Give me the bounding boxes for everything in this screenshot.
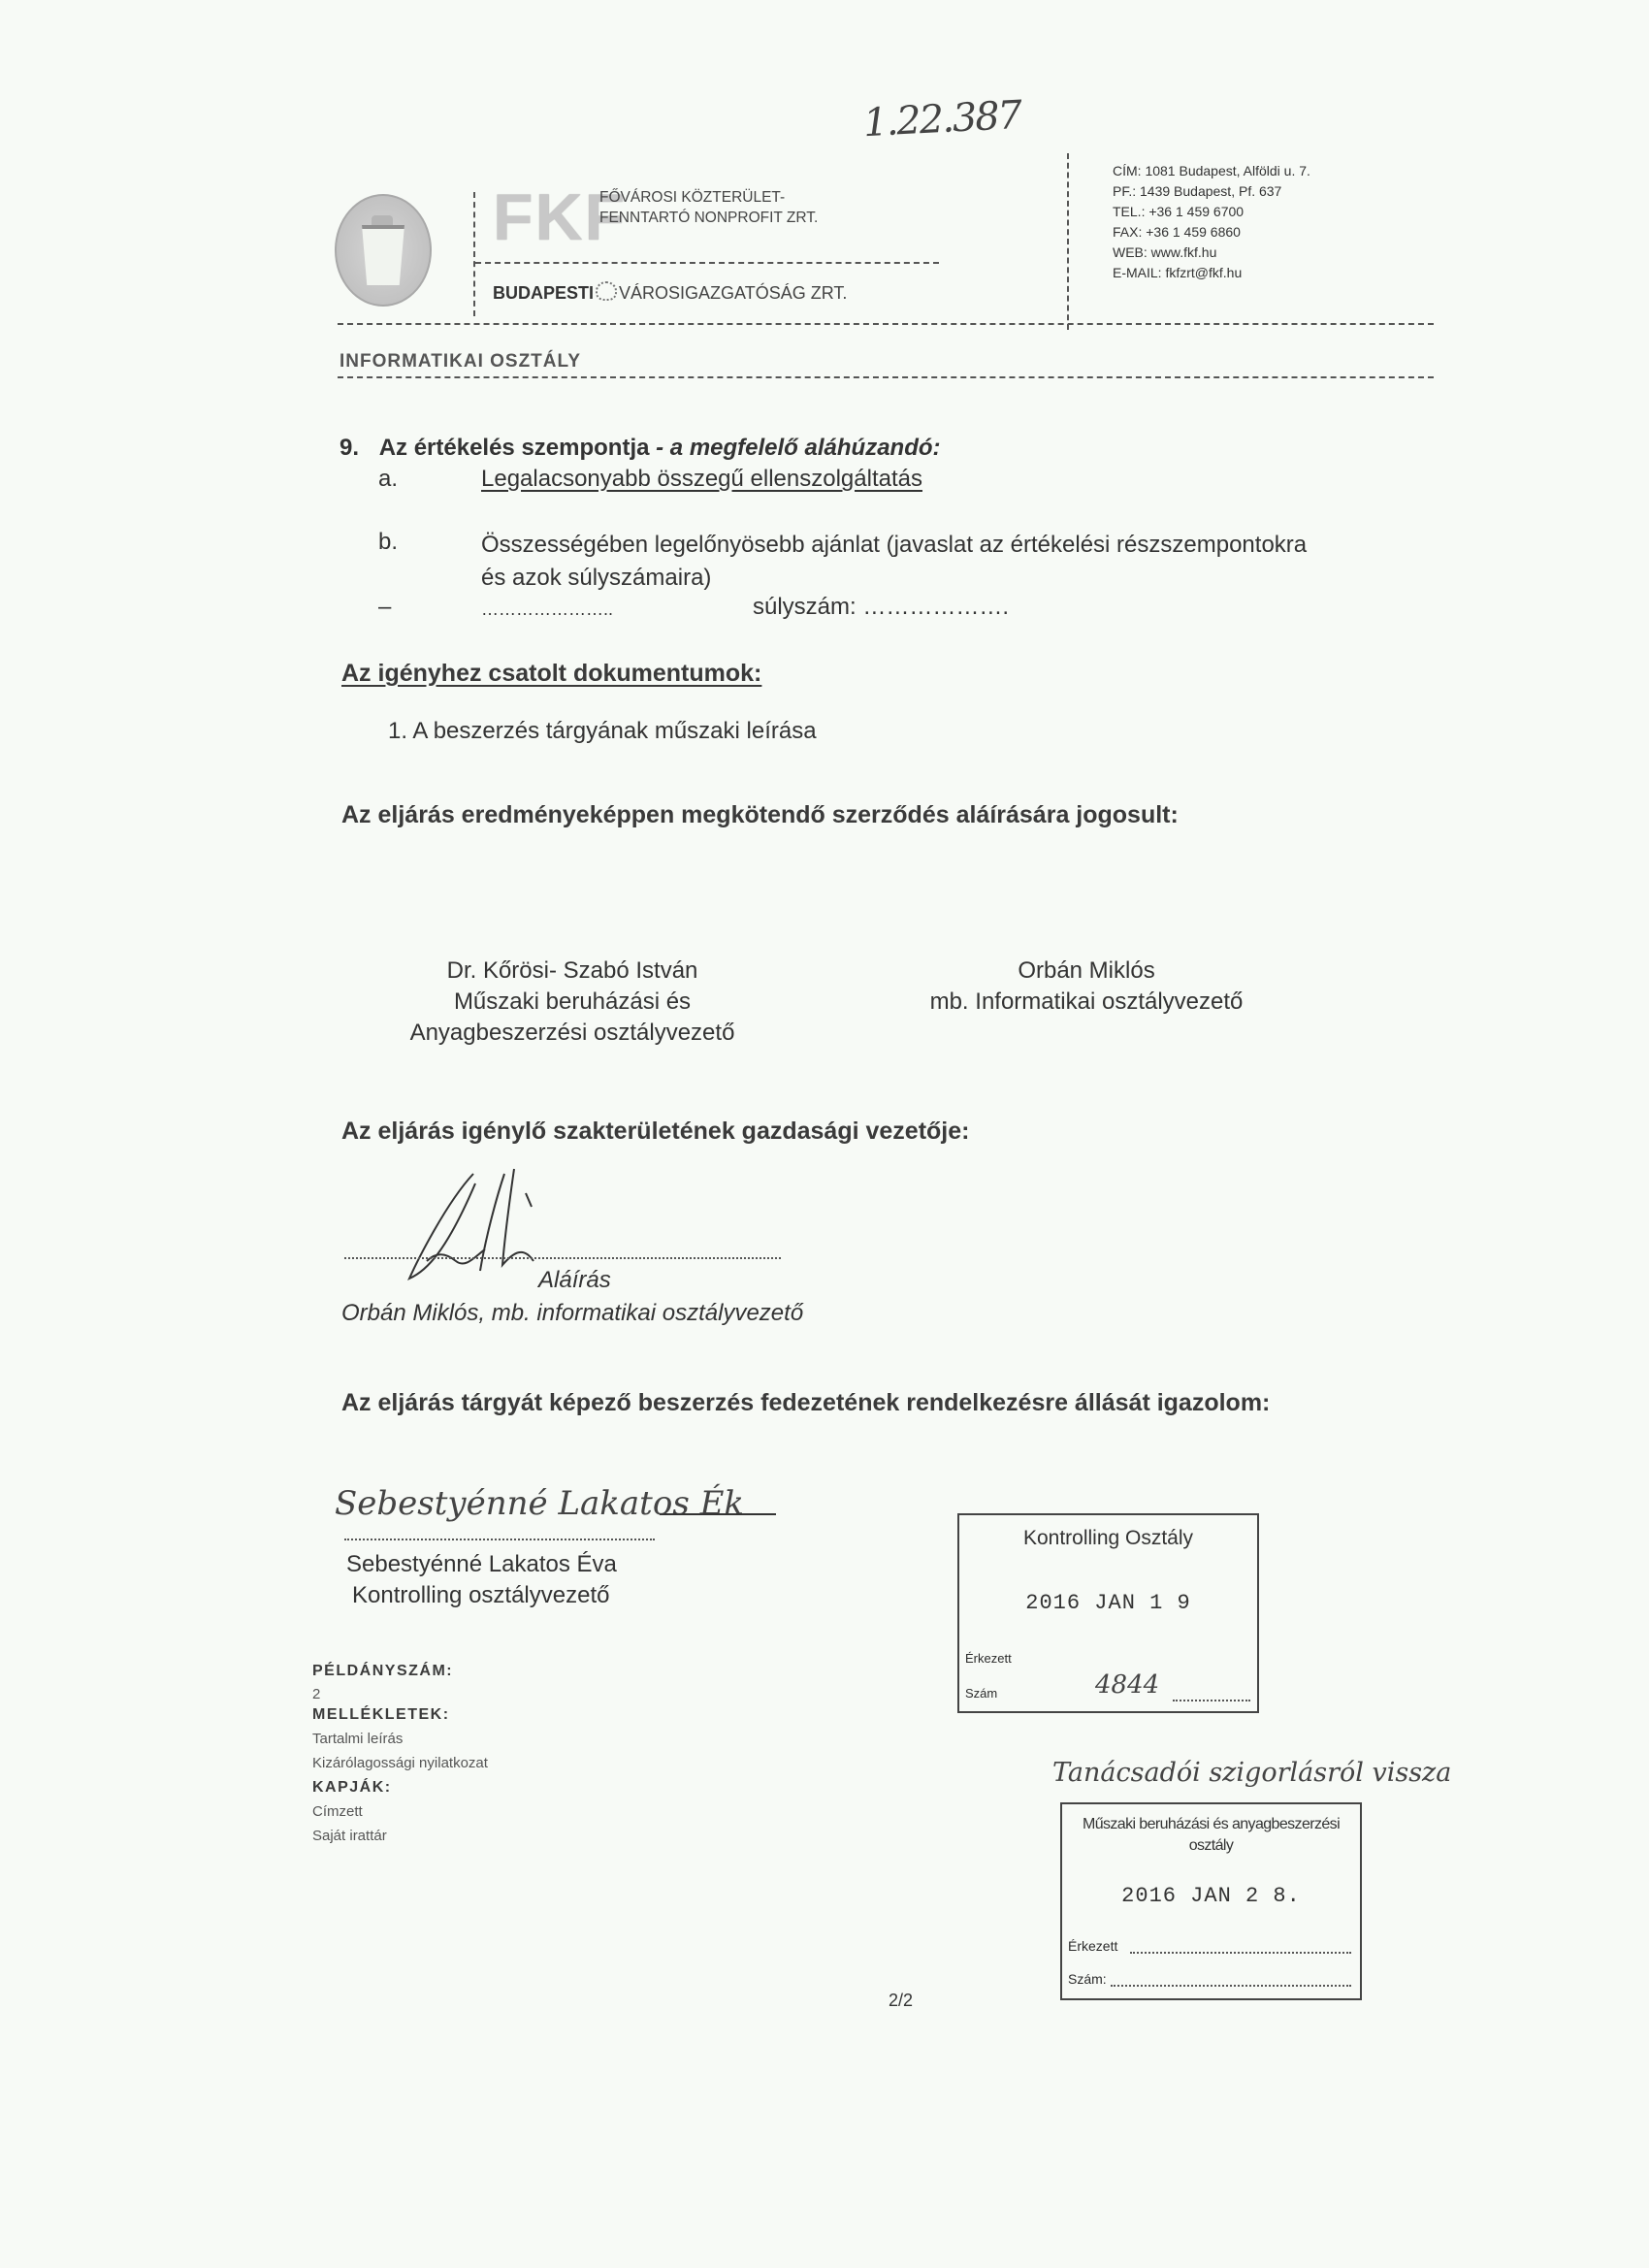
org-name-line2: FENNTARTÓ NONPROFIT ZRT. bbox=[599, 208, 818, 228]
signatory-left-title2: Anyagbeszerzési osztályvezető bbox=[369, 1018, 776, 1049]
attachments-label: MELLÉKLETEK: bbox=[312, 1702, 488, 1727]
page-number: 2/2 bbox=[889, 1991, 913, 2011]
header-divider-right bbox=[1067, 153, 1069, 330]
weight-criterion-blank: ………………….. bbox=[481, 599, 613, 620]
recipients-label: KAPJÁK: bbox=[312, 1775, 488, 1799]
section9-heading: 9. Az értékelés szempontja - a megfelelő… bbox=[339, 435, 941, 462]
signature-lakatos-stroke bbox=[660, 1513, 776, 1515]
attachment-content-description: Tartalmi leírás bbox=[312, 1727, 488, 1751]
handwritten-reference-number: 1.22.387 bbox=[862, 93, 1021, 146]
copies-label: PÉLDÁNYSZÁM: bbox=[312, 1659, 488, 1683]
option-b-line2: és azok súlyszámaira) bbox=[481, 562, 1307, 595]
header-divider-left bbox=[473, 192, 475, 316]
signatory-right-name: Orbán Miklós bbox=[873, 956, 1300, 987]
option-b-label: b. bbox=[378, 529, 398, 555]
logo-separator bbox=[475, 262, 939, 264]
distribution-block: PÉLDÁNYSZÁM: 2 MELLÉKLETEK: Tartalmi leí… bbox=[312, 1659, 488, 1848]
weight-row: – ………………….. súlyszám: ………………. bbox=[378, 594, 391, 621]
weight-dash: – bbox=[378, 594, 391, 620]
option-a-label: a. bbox=[378, 466, 398, 492]
funding-signatory: Sebestyénné Lakatos Éva Kontrolling oszt… bbox=[346, 1549, 617, 1611]
funding-name: Sebestyénné Lakatos Éva bbox=[346, 1549, 617, 1580]
copies-value: 2 bbox=[312, 1687, 488, 1702]
stamp2-date: 2016 JAN 2 8. bbox=[1062, 1884, 1360, 1908]
funding-heading: Az eljárás tárgyát képező beszerzés fede… bbox=[341, 1389, 1270, 1417]
funding-signature-line bbox=[344, 1539, 655, 1540]
directorate-label: VÁROSIGAZGATÓSÁG ZRT. bbox=[619, 283, 847, 303]
department-title: INFORMATIKAI OSZTÁLY bbox=[339, 351, 581, 373]
stamp2-number-line bbox=[1111, 1985, 1351, 1987]
org-name-line1: FŐVÁROSI KÖZTERÜLET- bbox=[599, 187, 818, 208]
signatory-right-title: mb. Informatikai osztályvezető bbox=[873, 987, 1300, 1018]
header-rule-top bbox=[338, 323, 1434, 325]
stamp1-date: 2016 JAN 1 9 bbox=[959, 1591, 1257, 1615]
recipient-own-archive: Saját irattár bbox=[312, 1824, 488, 1848]
header-rule-bottom bbox=[338, 376, 1434, 378]
contact-po-box: PF.: 1439 Budapest, Pf. 637 bbox=[1113, 181, 1310, 202]
signature-lakatos: Sebestyénné Lakatos Ék bbox=[335, 1484, 744, 1523]
recipient-addressee: Címzett bbox=[312, 1799, 488, 1824]
attachments-heading: Az igényhez csatolt dokumentumok: bbox=[341, 660, 761, 688]
signatory-left: Dr. Kőrösi- Szabó István Műszaki beruház… bbox=[369, 956, 776, 1049]
contact-web: WEB: www.fkf.hu bbox=[1113, 243, 1310, 263]
contact-email: E-MAIL: fkfzrt@fkf.hu bbox=[1113, 263, 1310, 283]
signatories-heading: Az eljárás eredményeképpen megkötendő sz… bbox=[341, 801, 1179, 829]
option-a-text: Legalacsonyabb összegű ellenszolgáltatás bbox=[481, 466, 922, 493]
contact-fax: FAX: +36 1 459 6860 bbox=[1113, 222, 1310, 243]
attachment-exclusivity-statement: Kizárólagossági nyilatkozat bbox=[312, 1751, 488, 1775]
signature-line bbox=[344, 1257, 781, 1259]
contact-block: CÍM: 1081 Budapest, Alföldi u. 7. PF.: 1… bbox=[1113, 161, 1310, 283]
contact-address: CÍM: 1081 Budapest, Alföldi u. 7. bbox=[1113, 161, 1310, 181]
contact-phone: TEL.: +36 1 459 6700 bbox=[1113, 202, 1310, 222]
stamp2-title: Műszaki beruházási és anyagbeszerzési os… bbox=[1062, 1814, 1360, 1857]
stamp2-arrived-line bbox=[1130, 1952, 1351, 1954]
weight-number-field: súlyszám: ………………. bbox=[753, 594, 1009, 621]
stamp1-number-label: Szám bbox=[965, 1686, 997, 1701]
logo-lid bbox=[372, 215, 393, 225]
signature-label: Aláírás bbox=[538, 1267, 611, 1294]
stamp1-arrived-label: Érkezett bbox=[965, 1651, 1012, 1666]
logo-bin bbox=[362, 225, 404, 285]
budapesti-label: BUDAPESTI bbox=[493, 283, 594, 303]
signatory-right: Orbán Miklós mb. Informatikai osztályvez… bbox=[873, 956, 1300, 1018]
option-b: b. Összességében legelőnyösebb ajánlat (… bbox=[378, 529, 1465, 556]
stamp2-title-line2: osztály bbox=[1062, 1835, 1360, 1857]
stamp-procurement: Műszaki beruházási és anyagbeszerzési os… bbox=[1060, 1802, 1362, 2000]
section9-instruction: - a megfelelő aláhúzandó: bbox=[649, 435, 940, 461]
organization-name: FŐVÁROSI KÖZTERÜLET- FENNTARTÓ NONPROFIT… bbox=[599, 187, 818, 228]
economic-lead-name: Orbán Miklós, mb. informatikai osztályve… bbox=[341, 1300, 803, 1327]
attachment-item: 1. A beszerzés tárgyának műszaki leírása bbox=[388, 718, 817, 745]
stamp2-arrived-label: Érkezett bbox=[1068, 1938, 1117, 1954]
trash-bin-icon bbox=[335, 194, 432, 307]
economic-lead-heading: Az eljárás igénylő szakterületének gazda… bbox=[341, 1118, 970, 1146]
stamp2-number-label: Szám: bbox=[1068, 1971, 1107, 1987]
stamp1-number-value: 4844 bbox=[1095, 1670, 1159, 1700]
stamp-kontrolling: Kontrolling Osztály 2016 JAN 1 9 Érkezet… bbox=[957, 1513, 1259, 1713]
section9-title: Az értékelés szempontja bbox=[379, 435, 650, 461]
option-a: a. Legalacsonyabb összegű ellenszolgálta… bbox=[378, 466, 398, 493]
signatory-left-name: Dr. Kőrösi- Szabó István bbox=[369, 956, 776, 987]
stamp1-number-line bbox=[1173, 1700, 1250, 1701]
funding-title: Kontrolling osztályvezető bbox=[346, 1580, 617, 1611]
signatory-left-title1: Műszaki beruházási és bbox=[369, 987, 776, 1018]
stamp1-title: Kontrolling Osztály bbox=[959, 1527, 1257, 1550]
coat-of-arms-icon bbox=[596, 281, 617, 301]
handwritten-note: Tanácsadói szigorlásról vissza bbox=[1052, 1758, 1451, 1788]
option-b-line1: Összességében legelőnyösebb ajánlat (jav… bbox=[481, 529, 1307, 562]
city-directorate-name: BUDAPESTIVÁROSIGAZGATÓSÁG ZRT. bbox=[493, 281, 847, 304]
stamp2-title-line1: Műszaki beruházási és anyagbeszerzési bbox=[1062, 1814, 1360, 1835]
section9-number: 9. bbox=[339, 435, 359, 461]
